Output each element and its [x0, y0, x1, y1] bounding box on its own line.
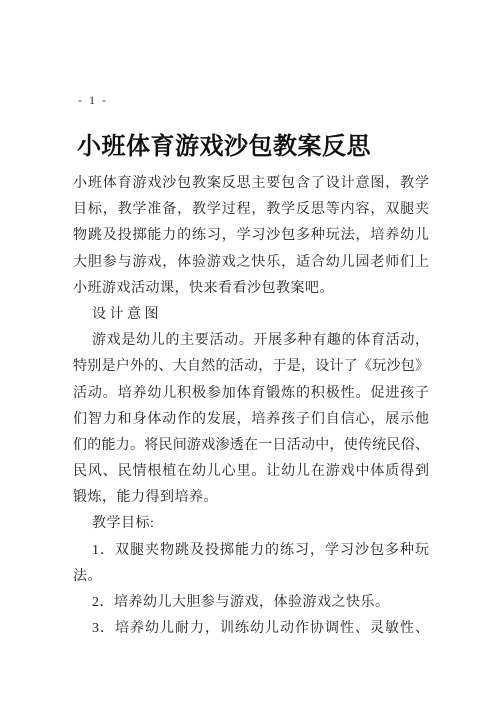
text-line: 目标，教学准备，教学过程，教学反思等内容，双腿夹 — [73, 197, 429, 223]
list-item-1: 1．双腿夹物跳及投掷能力的练习，学习沙包多种玩 — [73, 538, 429, 564]
text-line: 特别是户外的、大自然的活动，于是，设计了《玩沙包》 — [73, 354, 429, 380]
section-heading-design-intent: 设计意图 — [73, 302, 429, 328]
text-line: 小班游戏活动课，快来看看沙包教案吧。 — [73, 276, 429, 302]
document-page: - 1 - 小班体育游戏沙包教案反思 小班体育游戏沙包教案反思主要包含了设计意图… — [0, 0, 500, 708]
text-line: 们的能力。将民间游戏渗透在一日活动中，使传统民俗、 — [73, 433, 429, 459]
section-heading-teaching-goals: 教学目标: — [73, 511, 429, 537]
list-item-1-continuation: 法。 — [73, 564, 429, 590]
text-line: 们智力和身体动作的发展，培养孩子们自信心，展示他 — [73, 407, 429, 433]
page-number: - 1 - — [78, 93, 108, 108]
list-item-3: 3．培养幼儿耐力，训练幼儿动作协调性、灵敏性、 — [73, 616, 429, 642]
text-line: 锻炼，能力得到培养。 — [73, 485, 429, 511]
text-line: 物跳及投掷能力的练习，学习沙包多种玩法，培养幼儿 — [73, 223, 429, 249]
text-line: 大胆参与游戏，体验游戏之快乐，适合幼儿园老师们上 — [73, 250, 429, 276]
document-body: 小班体育游戏沙包教案反思主要包含了设计意图，教学 目标，教学准备，教学过程，教学… — [73, 171, 429, 642]
document-title: 小班体育游戏沙包教案反思 — [77, 126, 371, 161]
text-line: 民风、民情根植在幼儿心里。让幼儿在游戏中体质得到 — [73, 459, 429, 485]
text-line: 活动。培养幼儿积极参加体育锻炼的积极性。促进孩子 — [73, 381, 429, 407]
list-item-2: 2．培养幼儿大胆参与游戏，体验游戏之快乐。 — [73, 590, 429, 616]
text-line: 小班体育游戏沙包教案反思主要包含了设计意图，教学 — [73, 171, 429, 197]
text-line: 游戏是幼儿的主要活动。开展多种有趣的体育活动， — [73, 328, 429, 354]
